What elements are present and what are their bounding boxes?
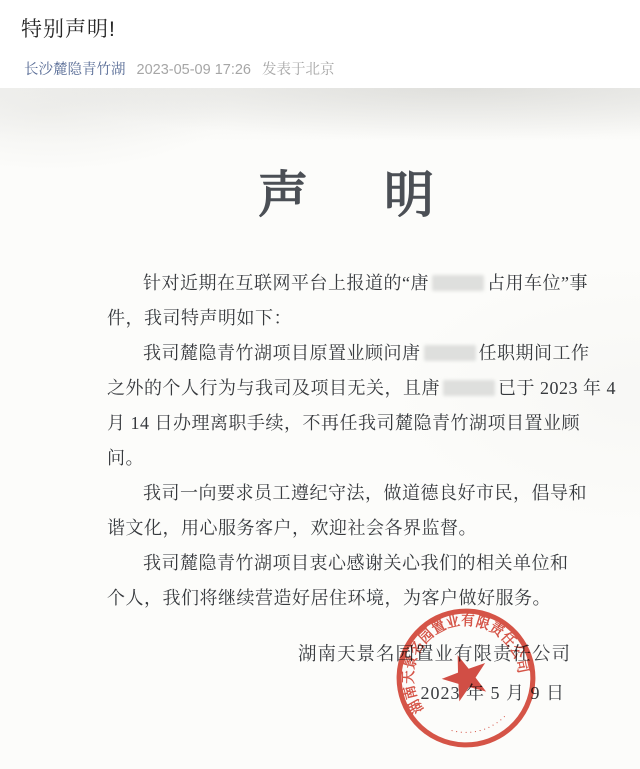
statement-line: 件，我司特声明如下： bbox=[107, 301, 585, 336]
statement-line: 之外的个人行为与我司及项目无关，且唐已于 2023 年 4 bbox=[107, 371, 585, 406]
publish-time: 2023-05-09 17:26 bbox=[137, 62, 252, 78]
publish-location: 发表于北京 bbox=[262, 58, 335, 79]
statement-line: 月 14 日办理离职手续，不再任我司麓隐青竹湖项目置业顾 bbox=[107, 406, 585, 441]
article-header: 特别声明! 长沙麓隐青竹湖 2023-05-09 17:26 发表于北京 bbox=[0, 0, 640, 79]
seal-code-marks: ············· bbox=[448, 707, 513, 745]
statement-line: 针对近期在互联网平台上报道的“唐占用车位”事 bbox=[107, 266, 585, 301]
signature-company: 湖南天景名园置业有限责任公司 bbox=[107, 642, 585, 668]
statement-photo[interactable]: 声 明 针对近期在互联网平台上报道的“唐占用车位”事件，我司特声明如下：我司麓隐… bbox=[0, 88, 640, 769]
signature-date: 2023 年 5 月 9 日 bbox=[107, 679, 585, 705]
statement-line: 我司麓隐青竹湖项目原置业顾问唐任职期间工作 bbox=[107, 336, 585, 371]
statement-line: 我司一向要求员工遵纪守法，做道德良好市民，倡导和 bbox=[107, 476, 585, 511]
statement-line: 谐文化，用心服务客户，欢迎社会各界监督。 bbox=[107, 511, 585, 546]
article-meta: 长沙麓隐青竹湖 2023-05-09 17:26 发表于北京 bbox=[21, 58, 620, 79]
statement-heading: 声 明 bbox=[107, 88, 585, 220]
account-name-link[interactable]: 长沙麓隐青竹湖 bbox=[24, 58, 126, 79]
statement-line: 问。 bbox=[107, 441, 585, 476]
redacted-name bbox=[443, 380, 495, 396]
svg-text:·············: ············· bbox=[448, 707, 513, 745]
redacted-name bbox=[432, 275, 484, 291]
statement-line: 我司麓隐青竹湖项目衷心感谢关心我们的相关单位和 bbox=[107, 546, 585, 581]
statement-line: 个人，我们将继续营造好居住环境，为客户做好服务。 bbox=[107, 581, 585, 616]
statement-body: 针对近期在互联网平台上报道的“唐占用车位”事件，我司特声明如下：我司麓隐青竹湖项… bbox=[107, 266, 585, 616]
statement-document: 声 明 针对近期在互联网平台上报道的“唐占用车位”事件，我司特声明如下：我司麓隐… bbox=[107, 88, 585, 705]
redacted-name bbox=[424, 345, 476, 361]
article-title: 特别声明! bbox=[21, 13, 620, 43]
